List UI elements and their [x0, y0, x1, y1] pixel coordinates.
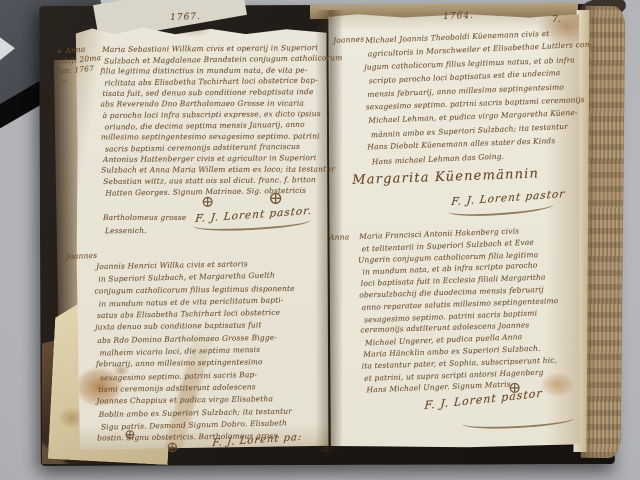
page-number: 7. — [552, 15, 561, 25]
left-entry1-margin-note: + Annaobijt 20maJun: 1767~ — [56, 43, 101, 87]
signum-cross-icon: ⊕ — [268, 190, 283, 208]
right-entry2-body: Maria Francisci Antonii Hakenberg civise… — [359, 223, 581, 396]
left-entry2-margin-note: Joannes — [66, 251, 97, 262]
right-entry2-margin-note: Anna — [329, 232, 349, 243]
right-entry1-margin-note: Joannes — [333, 34, 364, 46]
handwritten-line: Anna — [329, 232, 349, 243]
signum-cross-icon: ⊕ — [166, 440, 179, 455]
handwritten-line: Bartholomeus grosse — [103, 211, 186, 224]
signum-cross-icon: ⊕ — [201, 194, 214, 210]
handwritten-line: Lessenich. — [105, 224, 188, 237]
left-entry1-body: Maria Sebastiani Willkam civis et operar… — [102, 42, 329, 198]
right-year-heading: 1764. — [443, 11, 474, 22]
handwritten-line: Joannes — [66, 251, 97, 262]
left-year-heading: 1767. — [170, 12, 201, 23]
signum-cross-icon: ⊕ — [124, 428, 136, 442]
signum-cross-icon: ⊕ — [508, 380, 521, 396]
handwritten-line: Joannes — [333, 34, 364, 46]
left-entry1-witnesses: Bartholomeus grosseLessenich. — [103, 211, 186, 237]
right-entry1-body: Michael Joannis Theobaldi Küenemann civi… — [365, 26, 582, 168]
photo-of-open-parish-register: 1767. + Annaobijt 20maJun: 1767~ Maria S… — [0, 0, 640, 480]
left-entry2-body: Joannis Henrici Willka civis et sartoris… — [96, 257, 331, 445]
